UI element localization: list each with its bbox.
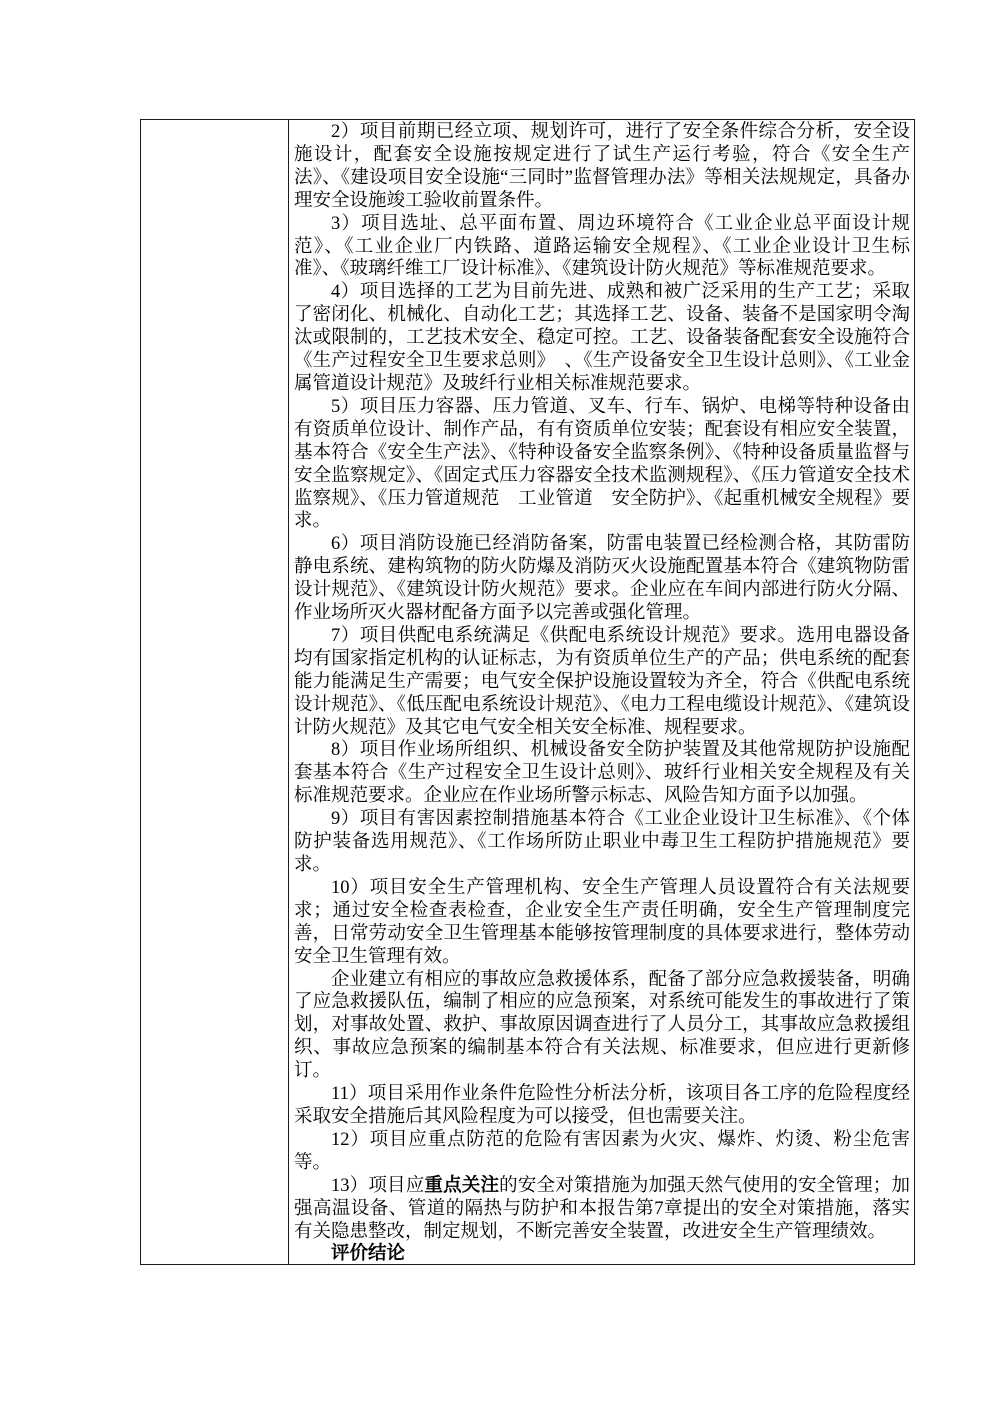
paragraph-text: 13）项目应 [331, 1176, 424, 1196]
document-table: 2）项目前期已经立项、规划许可，进行了安全条件综合分析，安全设施设计，配套安全设… [140, 119, 915, 1265]
paragraph: 7）项目供配电系统满足《供配电系统设计规范》要求。选用电器设备均有国家指定机构的… [294, 625, 910, 740]
paragraph: 评价结论 [294, 1243, 910, 1264]
table-cell-right: 2）项目前期已经立项、规划许可，进行了安全条件综合分析，安全设施设计，配套安全设… [289, 120, 914, 1264]
paragraph-text: 6）项目消防设施已经消防备案，防雷电装置已经检测合格，其防雷防静电系统、建构筑物… [294, 534, 910, 623]
paragraph: 2）项目前期已经立项、规划许可，进行了安全条件综合分析，安全设施设计，配套安全设… [294, 121, 910, 213]
paragraph: 10）项目安全生产管理机构、安全生产管理人员设置符合有关法规要求；通过安全检查表… [294, 877, 910, 969]
paragraph: 13）项目应重点关注的安全对策措施为加强天然气使用的安全管理；加强高温设备、管道… [294, 1175, 910, 1244]
paragraph-text: 7）项目供配电系统满足《供配电系统设计规范》要求。选用电器设备均有国家指定机构的… [294, 626, 910, 738]
paragraph: 企业建立有相应的事故应急救援体系，配备了部分应急救援装备，明确了应急救援队伍，编… [294, 969, 910, 1084]
paragraph: 3）项目选址、总平面布置、周边环境符合《工业企业总平面设计规范》、《工业企业厂内… [294, 213, 910, 282]
paragraph: 5）项目压力容器、压力管道、叉车、行车、锅炉、电梯等特种设备由有资质单位设计、制… [294, 396, 910, 533]
paragraph: 8）项目作业场所组织、机械设备安全防护装置及其他常规防护设施配套基本符合《生产过… [294, 739, 910, 808]
paragraph-text-bold: 评价结论 [331, 1244, 405, 1264]
paragraph: 6）项目消防设施已经消防备案，防雷电装置已经检测合格，其防雷防静电系统、建构筑物… [294, 533, 910, 625]
paragraph-text-bold: 重点关注 [424, 1176, 499, 1196]
paragraph-text: 9）项目有害因素控制措施基本符合《工业企业设计卫生标准》、《个体防护装备选用规范… [294, 809, 910, 875]
paragraph: 12）项目应重点防范的危险有害因素为火灾、爆炸、灼烫、粉尘危害等。 [294, 1129, 910, 1175]
paragraph-text: 8）项目作业场所组织、机械设备安全防护装置及其他常规防护设施配套基本符合《生产过… [294, 740, 910, 806]
paragraph-text: 10）项目安全生产管理机构、安全生产管理人员设置符合有关法规要求；通过安全检查表… [294, 878, 910, 967]
paragraph: 9）项目有害因素控制措施基本符合《工业企业设计卫生标准》、《个体防护装备选用规范… [294, 808, 910, 877]
paragraph-text: 4）项目选择的工艺为目前先进、成熟和被广泛采用的生产工艺；采取了密闭化、机械化、… [294, 282, 910, 394]
paragraph: 4）项目选择的工艺为目前先进、成熟和被广泛采用的生产工艺；采取了密闭化、机械化、… [294, 281, 910, 396]
paragraph-text: 11）项目采用作业条件危险性分析法分析，该项目各工序的危险程度经采取安全措施后其… [294, 1084, 910, 1127]
paragraph-text: 2）项目前期已经立项、规划许可，进行了安全条件综合分析，安全设施设计，配套安全设… [294, 122, 910, 211]
paragraph-text: 5）项目压力容器、压力管道、叉车、行车、锅炉、电梯等特种设备由有资质单位设计、制… [294, 397, 910, 532]
paragraph-text: 12）项目应重点防范的危险有害因素为火灾、爆炸、灼烫、粉尘危害等。 [294, 1130, 910, 1173]
document-page: 2）项目前期已经立项、规划许可，进行了安全条件综合分析，安全设施设计，配套安全设… [0, 0, 992, 1403]
paragraph-text: 企业建立有相应的事故应急救援体系，配备了部分应急救援装备，明确了应急救援队伍，编… [294, 970, 910, 1082]
table-cell-left [141, 120, 289, 1264]
paragraph-text: 3）项目选址、总平面布置、周边环境符合《工业企业总平面设计规范》、《工业企业厂内… [294, 214, 910, 280]
paragraph: 11）项目采用作业条件危险性分析法分析，该项目各工序的危险程度经采取安全措施后其… [294, 1083, 910, 1129]
